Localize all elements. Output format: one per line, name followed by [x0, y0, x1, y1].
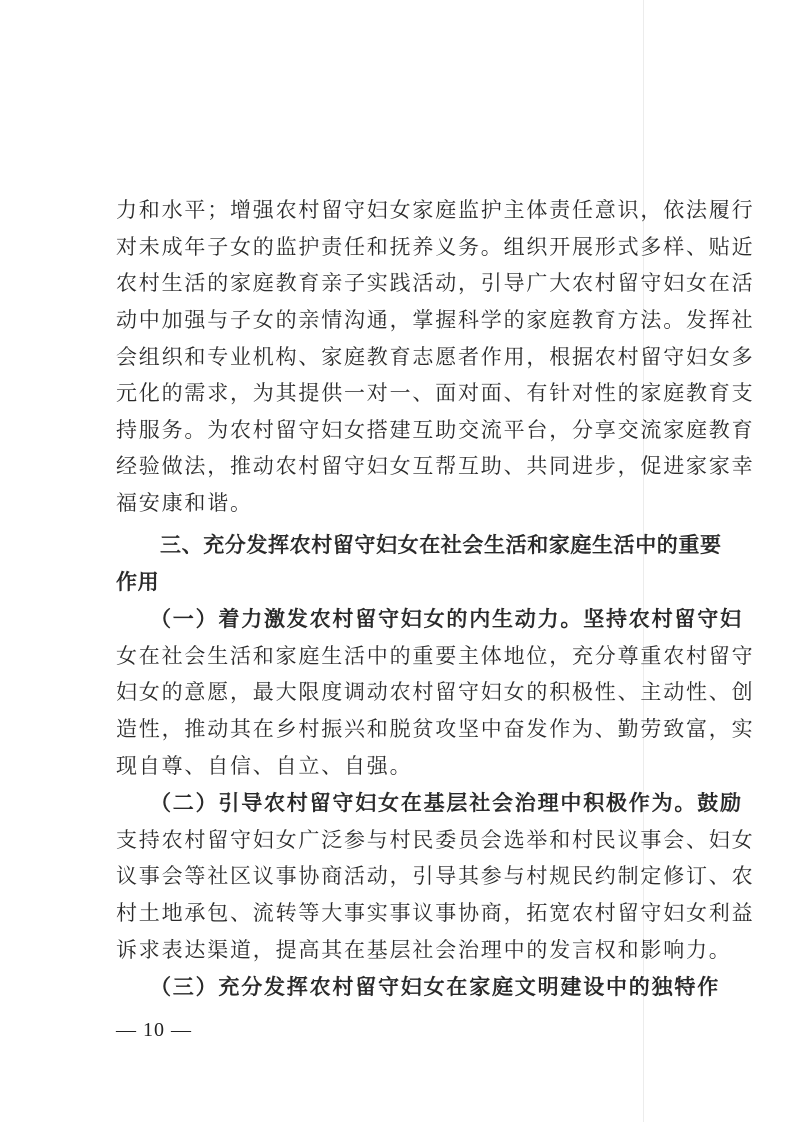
body-line: 诉求表达渠道，提高其在基层社会治理中的发言权和影响力。: [116, 935, 676, 965]
page-number: — 10 —: [116, 1016, 192, 1044]
body-line: 经验做法，推动农村留守妇女互帮互助、共同进步，促进家家幸: [116, 451, 676, 481]
subsection-heading-3: （三）充分发挥农村留守妇女在家庭文明建设中的独特作: [150, 972, 676, 1002]
body-line: 持服务。为农村留守妇女搭建互助交流平台，分享交流家庭教育: [116, 415, 676, 445]
subsection-heading-1: （一）着力激发农村留守妇女的内生动力。坚持农村留守妇: [150, 604, 676, 634]
body-line: 造性，推动其在乡村振兴和脱贫攻坚中奋发作为、勤劳致富，实: [116, 714, 676, 744]
body-line: 女在社会生活和家庭生活中的重要主体地位，充分尊重农村留守: [116, 641, 676, 671]
document-page: 力和水平；增强农村留守妇女家庭监护主体责任意识，依法履行 对未成年子女的监护责任…: [0, 0, 794, 1122]
body-line: 妇女的意愿，最大限度调动农村留守妇女的积极性、主动性、创: [116, 677, 676, 707]
body-line: 对未成年子女的监护责任和抚养义务。组织开展形式多样、贴近: [116, 232, 676, 262]
body-line: 会组织和专业机构、家庭教育志愿者作用，根据农村留守妇女多: [116, 342, 676, 372]
section-heading-cont: 作用: [116, 567, 676, 597]
body-line: 福安康和谐。: [116, 488, 676, 518]
body-line: 动中加强与子女的亲情沟通，掌握科学的家庭教育方法。发挥社: [116, 305, 676, 335]
body-line: 支持农村留守妇女广泛参与村民委员会选举和村民议事会、妇女: [116, 825, 676, 855]
body-line: 现自尊、自信、自立、自强。: [116, 751, 676, 781]
body-line: 力和水平；增强农村留守妇女家庭监护主体责任意识，依法履行: [116, 195, 676, 225]
body-line: 元化的需求，为其提供一对一、面对面、有针对性的家庭教育支: [116, 378, 676, 408]
subsection-heading-2: （二）引导农村留守妇女在基层社会治理中积极作为。鼓励: [150, 788, 676, 818]
body-line: 村土地承包、流转等大事实事议事协商，拓宽农村留守妇女利益: [116, 898, 676, 928]
body-line: 议事会等社区议事协商活动，引导其参与村规民约制定修订、农: [116, 861, 676, 891]
body-line: 农村生活的家庭教育亲子实践活动，引导广大农村留守妇女在活: [116, 268, 676, 298]
section-heading: 三、充分发挥农村留守妇女在社会生活和家庭生活中的重要: [160, 530, 676, 560]
